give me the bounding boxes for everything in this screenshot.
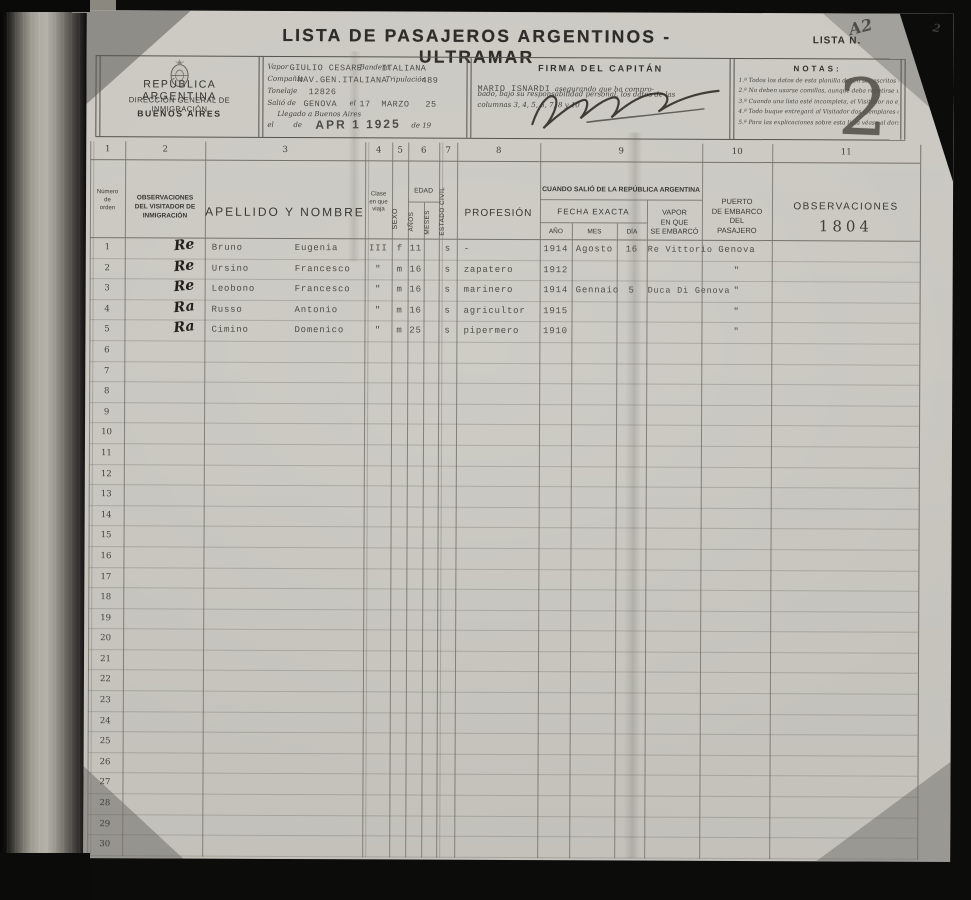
sex: m: [392, 305, 408, 315]
sex: m: [391, 326, 407, 336]
el-label: el: [349, 99, 355, 107]
passenger-surname: Leobono: [212, 284, 255, 294]
captain-signature-box: FIRMA DEL CAPITÁN MARIO ISNARDI aseguran…: [471, 58, 729, 139]
embarkation-port: Genova: [702, 245, 772, 255]
marital-status: s: [439, 285, 457, 295]
table-header: Número de orden OBSERVACIONES DEL VISITA…: [90, 160, 920, 242]
passenger-name: Antonio: [295, 305, 338, 315]
embarkation-port: ": [702, 307, 772, 317]
row-number: 3: [90, 283, 125, 293]
departure-day: 5: [617, 286, 647, 296]
salio-day: 17: [359, 99, 370, 109]
visitor-handwritten-mark: Re: [173, 276, 208, 295]
header-dia: DÍA: [617, 228, 647, 235]
row-number: 2: [90, 263, 125, 273]
row-number: 11: [89, 448, 124, 458]
marital-status: s: [438, 326, 456, 336]
passenger-name: Francesco: [295, 284, 351, 294]
agency-box: REPÚBLICA ARGENTINA DIRECCIÓN GENERAL DE…: [100, 56, 258, 137]
passenger-name: Domenico: [294, 325, 344, 335]
arrival-date-stamp: APR 1 1925: [315, 117, 401, 132]
visitor-handwritten-mark: Re: [173, 255, 208, 274]
row-number: 5: [89, 325, 124, 335]
col-number: 2: [125, 144, 205, 154]
col-number: 5: [392, 145, 408, 155]
salio-month: MARZO: [381, 99, 409, 109]
header-fecha-exacta: FECHA EXACTA: [540, 207, 647, 216]
row-number: 6: [89, 345, 124, 355]
header-profesion: PROFESIÓN: [457, 208, 540, 219]
row-number: 14: [89, 510, 124, 520]
llegado-el-label: el: [267, 121, 273, 129]
scan-edge-bottom: [0, 853, 90, 900]
sex: m: [392, 285, 408, 295]
book-binding: [0, 0, 88, 900]
row-number: 28: [87, 798, 122, 808]
salio-label: Salió de: [267, 99, 296, 107]
table-grid-line: [540, 199, 702, 201]
scan-edge-top: [0, 0, 90, 12]
bandera-value: ITALIANA: [382, 63, 427, 73]
document-sheet: LISTA DE PASAJEROS ARGENTINOS - ULTRAMAR…: [83, 10, 954, 862]
passenger-surname: Russo: [212, 304, 243, 314]
observaciones-year-stamp: 1804: [772, 217, 920, 236]
age-years: 16: [408, 285, 424, 295]
vapor-value: GIULIO CESARE: [290, 63, 363, 73]
departure-year: 1914: [540, 244, 572, 254]
header-vapor-embarco: VAPOR EN QUE SE EMBARCÓ: [647, 208, 702, 237]
profession: agricultor: [464, 306, 526, 316]
row-number: 9: [89, 407, 124, 417]
header-observaciones-visitador: OBSERVACIONES DEL VISITADOR DE INMIGRACI…: [125, 193, 205, 220]
table-grid-line: [408, 202, 439, 203]
row-number: 10: [89, 427, 124, 437]
col-number: 8: [457, 146, 540, 156]
passenger-surname: Cimino: [211, 325, 248, 335]
row-number: 4: [90, 304, 125, 314]
departure-year: 1914: [540, 285, 572, 295]
tonelaje-label: Tonelaje: [267, 87, 297, 95]
header-anios: AÑOS: [408, 207, 424, 238]
captain-box-title: FIRMA DEL CAPITÁN: [472, 63, 730, 74]
col-number: 11: [772, 147, 920, 158]
header-anio: AÑO: [540, 228, 572, 235]
row-number: 19: [88, 613, 123, 623]
departure-year: 1910: [539, 326, 571, 336]
row-number: 7: [89, 366, 124, 376]
row-number: 17: [88, 572, 123, 582]
departure-year: 1912: [540, 265, 572, 275]
passenger-table: 1 2 3 4 5 6 7 8 9 10 11 Número de orden …: [87, 141, 921, 860]
travel-class: ": [365, 264, 392, 274]
profession: -: [464, 244, 470, 254]
passenger-name: Eugenia: [295, 243, 338, 253]
row-number: 27: [87, 778, 122, 788]
age-years: 11: [408, 244, 424, 254]
header-mes: MES: [572, 228, 617, 235]
header-meses: MESES: [424, 207, 439, 238]
embarkation-port: ": [702, 286, 772, 296]
captain-signature-handwriting: [526, 84, 726, 137]
header-cuando-salio: CUANDO SALIÓ DE LA REPÚBLICA ARGENTINA: [540, 186, 702, 194]
tripulacion-label: Tripulación: [386, 75, 427, 83]
row-number: 21: [88, 654, 123, 664]
marital-status: s: [439, 264, 457, 274]
passenger-surname: Ursino: [212, 263, 249, 273]
profession: zapatero: [464, 264, 514, 274]
profession: marinero: [464, 285, 514, 295]
row-number: 1: [90, 242, 125, 252]
travel-class: ": [365, 305, 392, 315]
header-sexo: SEXO: [392, 199, 408, 237]
compania-value: NAV.GEN.ITALIANA: [298, 75, 388, 85]
city-name: BUENOS AIRES: [100, 108, 258, 119]
marital-status: s: [439, 305, 457, 315]
tripulacion-value: 489: [422, 76, 439, 86]
tonelaje-value: 12826: [308, 87, 336, 97]
header-band: REPÚBLICA ARGENTINA DIRECCIÓN GENERAL DE…: [95, 55, 905, 141]
col-number: 3: [205, 145, 365, 156]
row-number: 12: [89, 469, 124, 479]
table-rows: 1 Re Bruno Eugenia III f 11 s - 1914 Ago…: [87, 238, 920, 859]
llegado-de19-label: de 19: [411, 122, 431, 130]
row-number: 15: [89, 530, 124, 540]
header-edad: EDAD: [408, 188, 439, 195]
embarkation-port: ": [701, 327, 771, 337]
row-number: 13: [89, 489, 124, 499]
sex: f: [392, 243, 408, 253]
passenger-surname: Bruno: [212, 243, 243, 253]
header-puerto-embarco: PUERTO DE EMBARCO DEL PASAJERO: [702, 197, 772, 235]
row-number: 26: [88, 757, 123, 767]
departure-month: Agosto: [576, 244, 613, 254]
departure-month: Gennaio: [576, 285, 619, 295]
header-observaciones: OBSERVACIONES: [772, 201, 920, 213]
col-number: 6: [408, 146, 439, 156]
row-number: 16: [88, 551, 123, 561]
travel-class: ": [364, 326, 391, 336]
header-clase: Clase en que viaja: [365, 191, 392, 214]
travel-class: III: [365, 243, 392, 253]
age-years: 16: [408, 264, 424, 274]
row-number: 8: [89, 386, 124, 396]
row-number: 30: [87, 839, 122, 849]
visitor-handwritten-mark: Ra: [173, 297, 208, 316]
visitor-handwritten-mark: Re: [173, 235, 208, 254]
row-number: 22: [88, 675, 123, 685]
marital-status: s: [439, 244, 457, 254]
row-number: 18: [88, 592, 123, 602]
country-left: REPÚBLICA: [143, 78, 216, 90]
departure-year: 1915: [540, 306, 572, 316]
header-estado-civil: ESTADO CIVIL: [439, 186, 457, 238]
header-apellido-nombre: APELLIDO Y NOMBRE: [205, 205, 365, 220]
embarkation-port: ": [702, 265, 772, 275]
ship-details-box: Vapor GIULIO CESARE Bandera ITALIANA Com…: [263, 57, 466, 138]
visitor-handwritten-mark: Ra: [173, 317, 208, 336]
age-years: 16: [408, 305, 424, 315]
row-number: 29: [87, 819, 122, 829]
row-number: 25: [88, 736, 123, 746]
table-grid-line: [540, 222, 647, 223]
llegado-de-label: de: [293, 121, 302, 129]
page-number-stamp: 2: [837, 69, 890, 149]
departure-day: 16: [617, 244, 647, 254]
travel-class: ": [365, 285, 392, 295]
col-number: 4: [365, 145, 392, 155]
col-number: 10: [702, 147, 772, 157]
age-years: 25: [407, 326, 423, 336]
table-row: 30: [87, 835, 917, 859]
col-number: 1: [90, 144, 125, 154]
col-number: 9: [540, 146, 702, 157]
passenger-name: Francesco: [295, 264, 351, 274]
header-numero-orden: Número de orden: [90, 188, 125, 212]
box-divider: [900, 60, 905, 140]
row-number: 23: [88, 695, 123, 705]
col-number: 7: [439, 146, 457, 156]
vapor-label: Vapor: [268, 63, 289, 71]
row-number: 24: [88, 716, 123, 726]
salio-year: 25: [425, 100, 436, 110]
profession: pipermero: [463, 326, 519, 336]
row-number: 20: [88, 633, 123, 643]
scanned-passenger-list-page: LISTA DE PASAJEROS ARGENTINOS - ULTRAMAR…: [0, 0, 971, 900]
salio-port: GENOVA: [303, 99, 337, 109]
sex: m: [392, 264, 408, 274]
